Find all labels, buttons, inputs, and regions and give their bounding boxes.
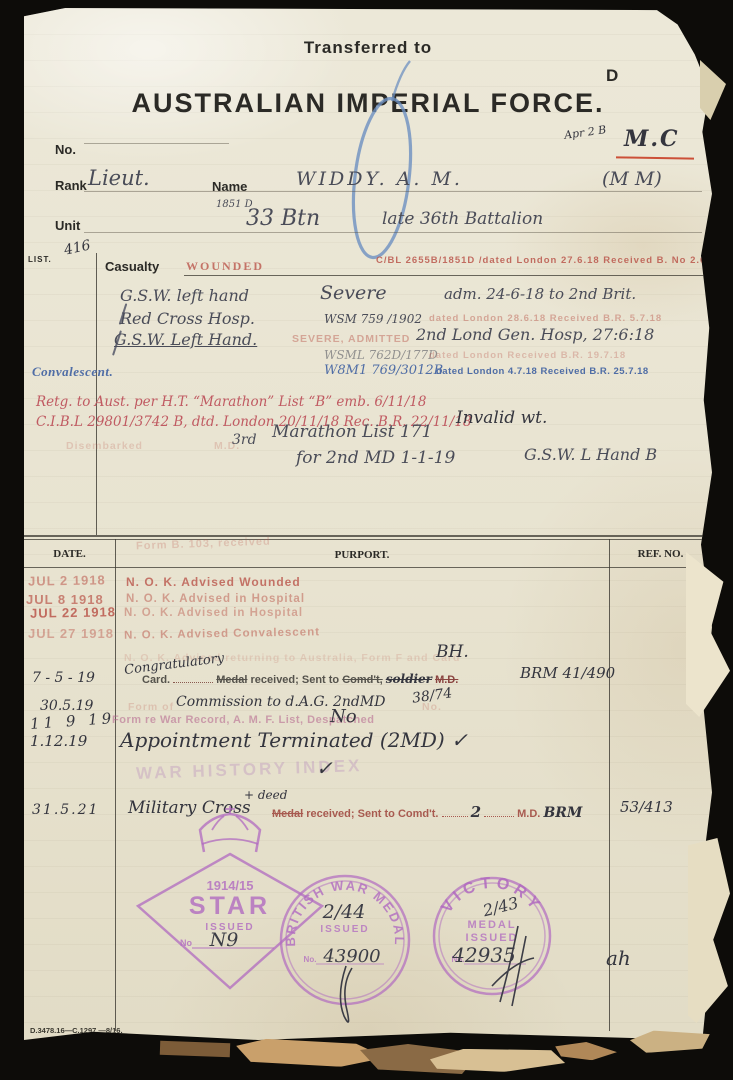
- row-ref-brm: BRM 41/490: [520, 664, 615, 682]
- record-card: Transferred to D AUSTRALIAN IMPERIAL FOR…: [24, 8, 712, 1040]
- star-years: 1914/15: [207, 878, 254, 893]
- returning-line: Retg. to Aust. per H.T. “Marathon” List …: [36, 394, 426, 410]
- victory-hw-number: 42935: [451, 943, 516, 967]
- hw-and-deed: + deed: [244, 788, 287, 802]
- hw-brm-2: BRM: [543, 805, 582, 821]
- list-label: LIST.: [28, 255, 52, 264]
- casualty-severity: Severe: [320, 282, 387, 304]
- blue-pencil-mark: [314, 53, 444, 273]
- casualty-wound: G.S.W. left hand: [120, 286, 249, 305]
- casualty-label: Casualty: [105, 259, 159, 274]
- rank-label: Rank: [55, 178, 87, 193]
- row-date: 31.5.21: [32, 802, 99, 818]
- corner-letter: D: [606, 66, 618, 86]
- casualty-admitted: adm. 24-6-18 to 2nd Brit.: [444, 285, 636, 303]
- victory-medal-stamp: VICTORY MEDAL ISSUED No. 2/43 42935: [422, 866, 582, 1026]
- invalid-note: Invalid wt.: [456, 408, 547, 428]
- no-label: No.: [55, 142, 76, 157]
- dotted-leader: [442, 806, 468, 817]
- hw-md-number: 2: [471, 803, 481, 821]
- torn-edge-flap: [700, 60, 726, 120]
- list-number: 416: [63, 237, 92, 258]
- row-date: 7 - 5 - 19: [32, 670, 95, 686]
- bwm-no-label: No.: [304, 955, 317, 964]
- star-name: STAR: [189, 892, 271, 920]
- convalescent-stamp: Convalescent.: [32, 364, 113, 380]
- clerk-initials: ah: [606, 946, 631, 970]
- victory-medal-word: MEDAL: [467, 919, 516, 931]
- award-underline: [616, 156, 694, 159]
- bwm-hw-number: 43900: [322, 946, 380, 967]
- casualty-hospital: Red Cross Hosp.: [120, 309, 255, 328]
- torn-edge-flap: [686, 552, 730, 717]
- british-war-medal-stamp: BRITISH WAR MEDAL ISSUED No. 2/44 43900: [272, 866, 422, 1036]
- casualty-wound-2: G.S.W. Left Hand.: [114, 330, 257, 349]
- scanned-service-record: { "header": { "transferred_to": "Transfe…: [0, 0, 733, 1080]
- rank-value: Lieut.: [88, 166, 150, 190]
- paper-scrap: [160, 1041, 230, 1057]
- disembarked-md-hw: 3rd: [232, 432, 257, 448]
- hospital-2: 2nd Lond Gen. Hosp, 27:6:18: [416, 325, 654, 344]
- casualty-ref-stamp: C/BL 2655B/1851D /dated London 27.6.18 R…: [376, 255, 723, 266]
- row-text: N. O. K. Advised Wounded: [126, 575, 301, 589]
- stamp-form-of: Form of: [128, 701, 174, 713]
- ship-list-hw: Marathon List 171: [272, 422, 432, 442]
- paper-scrap: [555, 1041, 618, 1061]
- stamp-card: Card.: [142, 674, 170, 686]
- row-text: N. O. K. Advised in Hospital: [124, 607, 303, 619]
- bwm-hw-fraction: 2/44: [322, 901, 366, 923]
- struck-md: M.D.: [435, 674, 458, 686]
- row-text: N. O. K. Advised in Hospital: [126, 593, 305, 605]
- col-header-date: DATE.: [24, 548, 115, 560]
- hw-appointment-terminated: Appointment Terminated (2MD) ✓: [120, 728, 468, 752]
- dotted-leader: [484, 806, 514, 817]
- form-imprint: D.3478.16—C.1297.—8/16.: [30, 1026, 123, 1035]
- stamp-received: received; Sent to: [251, 674, 340, 686]
- wsm-number-2: WSML 762D/177D: [324, 348, 438, 362]
- col-header-ref: REF. NO.: [609, 548, 712, 560]
- unit-label: Unit: [55, 218, 80, 233]
- row-medal-sent-line: Card. Medal received; Sent to Comd't, so…: [142, 672, 458, 686]
- unit-extra: late 36th Battalion: [382, 209, 543, 229]
- row-date: JUL 27 1918: [28, 626, 114, 641]
- annotation-award: M.C: [624, 126, 680, 152]
- name-suffix: (M M): [602, 168, 662, 190]
- bwm-issued: ISSUED: [320, 924, 369, 935]
- dotted-leader: [173, 672, 213, 683]
- bwm-signature: [340, 966, 352, 1022]
- for-md-hw: for 2nd MD 1-1-19: [296, 448, 455, 468]
- row-date: JUL 22 1918: [30, 604, 116, 620]
- wsm-stamp-2: dated London Received B.R. 19.7.18: [429, 350, 626, 361]
- struck-soldier: soldier: [386, 672, 432, 686]
- star-hw-entry: N9: [209, 929, 239, 951]
- wsm-stamp-1: dated London 28.6.18 Received B.R. 5.7.1…: [429, 313, 662, 324]
- war-history-check: ✓: [316, 756, 333, 780]
- wsm-number-1: WSM 759 /1902: [324, 312, 422, 326]
- stamp-md-2: M.D.: [517, 808, 540, 820]
- wsm-number-3: W8M1 769/3012B: [324, 363, 443, 378]
- hw-commission-no: 38/74: [411, 685, 453, 706]
- row-ref-number: 53/413: [620, 798, 673, 816]
- row-text: N. O. K. Advised Convalescent: [124, 626, 320, 641]
- struck-comdt: Comd't,: [342, 674, 383, 686]
- row-date: JUL 2 1918: [28, 572, 106, 588]
- wsm-stamp-3: dated London 4.7.18 Received B.R. 25.7.1…: [436, 366, 649, 377]
- name-value: WIDDY. A. M.: [296, 168, 463, 190]
- crown-icon: [200, 814, 260, 852]
- torn-edge-flap: [688, 838, 730, 1023]
- hw-no: No: [330, 706, 357, 727]
- disembarked-stamp: Disembarked: [66, 440, 143, 452]
- struck-medal: Medal: [216, 674, 247, 686]
- col-header-purport: PURPORT.: [115, 549, 609, 561]
- row-initials-bh: BH.: [436, 642, 469, 662]
- row-date: 1.12.19: [30, 732, 87, 750]
- severe-admitted-stamp: SEVERE, ADMITTED: [292, 333, 410, 345]
- unit-value: 33 Btn: [246, 206, 320, 231]
- casualty-status-stamp: WOUNDED: [186, 259, 264, 274]
- wound-note-hw: G.S.W. L Hand B: [524, 445, 657, 464]
- victory-hw-fraction: 2/43: [480, 893, 520, 920]
- star-no-label: No: [180, 938, 192, 948]
- annotation-date: Apr 2 B: [563, 123, 607, 142]
